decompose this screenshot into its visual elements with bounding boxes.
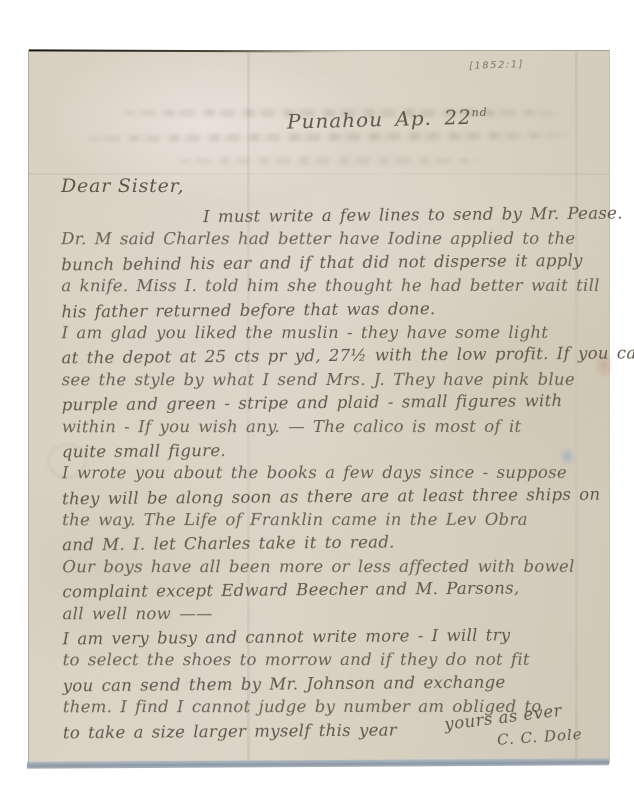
scanned-letter-background: [1852:1] Punahou Ap. 22nd Dear Sister, I… — [0, 0, 634, 800]
letter-line: I am very busy and cannot write more - I… — [62, 623, 597, 651]
letter-body: I must write a few lines to send by Mr. … — [61, 203, 598, 743]
letter-line: his father returned before that was done… — [61, 295, 596, 323]
letter-line: I must write a few lines to send by Mr. … — [61, 202, 596, 230]
letter-line: I am glad you liked the muslin - they ha… — [62, 321, 597, 345]
letter-line: within - If you wish any. — The calico i… — [62, 414, 597, 438]
paper-top-edge — [29, 49, 364, 52]
letter-line: bunch behind his ear and if that did not… — [61, 248, 596, 276]
dateline: Punahou Ap. 22nd — [287, 104, 488, 133]
letter-line: at the depot at 25 cts pr yd, 27½ with t… — [61, 342, 596, 370]
letter-line: to select the shoes to morrow and if the… — [63, 648, 598, 672]
ink-bleed-artifact — [179, 157, 479, 165]
letter-line: Our boys have all been more or less affe… — [62, 555, 597, 579]
letter-line: Dr. M said Charles had better have Iodin… — [61, 227, 596, 251]
letter-line: see the style by what I send Mrs. J. The… — [62, 368, 597, 392]
paper-bottom-shadow — [27, 758, 609, 769]
dateline-ordinal: nd — [471, 106, 487, 119]
letter-line: they will be along soon as there are at … — [62, 482, 597, 510]
letter-line: I wrote you about the books a few days s… — [62, 461, 597, 485]
salutation: Dear Sister, — [61, 175, 184, 197]
letter-line: the way. The Life of Franklin came in th… — [62, 508, 597, 532]
letter-line: all well now —— — [62, 601, 597, 625]
letter-line: complaint except Edward Beecher and M. P… — [62, 576, 597, 604]
letter-line: a knife. Miss I. told him she thought he… — [61, 274, 596, 298]
letter-line: and M. I. let Charles take it to read. — [62, 529, 597, 557]
archival-annotation: [1852:1] — [469, 59, 524, 72]
ink-bleed-artifact — [89, 131, 569, 142]
letter-line: quite small figure. — [62, 436, 597, 464]
letter-line: you can send them by Mr. Johnson and exc… — [63, 669, 598, 697]
dateline-place-date: Punahou Ap. 22 — [287, 105, 472, 134]
letter-paper: [1852:1] Punahou Ap. 22nd Dear Sister, I… — [28, 50, 610, 763]
letter-line: purple and green - stripe and plaid - sm… — [62, 389, 597, 417]
